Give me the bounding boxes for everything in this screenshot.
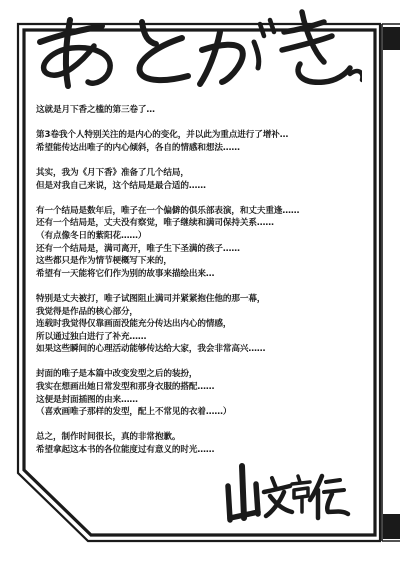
text-line: 希望拿起这本书的各位能度过有意义的时光…… (36, 444, 366, 457)
author-signature: 山文京伝 (222, 462, 352, 524)
paragraph-6: 封面的唯子是本篇中改变发型之后的装扮， 我实在想画出她日常发型和那身衣服的搭配…… (36, 368, 366, 418)
text-line: 封面的唯子是本篇中改变发型之后的装扮， (36, 368, 366, 381)
paragraph-1: 这就是月下香之槛的第三卷了… (36, 104, 366, 117)
text-line: 第3卷我个人特别关注的是内心的变化，并以此为重点进行了增补… (36, 129, 366, 142)
text-line: 希望能传达出唯子的内心倾斜，各自的情感和想法…… (36, 142, 366, 155)
text-line: 这些都只是作为情节梗概写下来的， (36, 255, 366, 268)
text-line: 但是对我自己来说，这个结局是最合适的…… (36, 180, 366, 193)
text-line: 所以通过独白进行了补充…… (36, 331, 366, 344)
paragraph-5: 特别是丈夫被打，唯子试图阻止满司并紧紧抱住他的那一幕， 我觉得是作品的核心部分，… (36, 293, 366, 356)
text-line: 这就是月下香之槛的第三卷了… (36, 104, 366, 117)
afterword-text: 这就是月下香之槛的第三卷了… 第3卷我个人特别关注的是内心的变化，并以此为重点进… (36, 104, 366, 469)
text-line: （喜欢画唯子那样的发型，配上不常见的衣着……） (36, 406, 366, 419)
text-line: 连载时我觉得仅靠画面没能充分传达出内心的情感， (36, 318, 366, 331)
text-line: 有一个结局是数年后，唯子在一个偏僻的俱乐部表演，和丈夫重逢…… (36, 205, 366, 218)
text-line: 还有一个结局是，丈夫没有察觉，唯子继续和满司保持关系…… (36, 217, 366, 230)
page-heading-handwritten: あとがきっ (32, 2, 362, 94)
paragraph-2: 第3卷我个人特别关注的是内心的变化，并以此为重点进行了增补… 希望能传达出唯子的… (36, 129, 366, 154)
text-line: 希望有一天能将它们作为别的故事来描绘出来… (36, 268, 366, 281)
text-line: 我实在想画出她日常发型和那身衣服的搭配…… (36, 381, 366, 394)
paragraph-3: 其实，我为《月下香》准备了几个结局， 但是对我自己来说，这个结局是最合适的…… (36, 167, 366, 192)
text-line: 这便是封面插图的由来…… (36, 394, 366, 407)
text-line: 其实，我为《月下香》准备了几个结局， (36, 167, 366, 180)
text-line: 总之，制作时间很长，真的非常抱歉。 (36, 431, 366, 444)
text-line: 还有一个结局是，满司离开，唯子生下圣满的孩子…… (36, 243, 366, 256)
text-line: 我觉得是作品的核心部分， (36, 306, 366, 319)
paragraph-4: 有一个结局是数年后，唯子在一个偏僻的俱乐部表演，和丈夫重逢…… 还有一个结局是，… (36, 205, 366, 281)
paragraph-7: 总之，制作时间很长，真的非常抱歉。 希望拿起这本书的各位能度过有意义的时光…… (36, 431, 366, 456)
text-line: 如果这些瞬间的心理活动能够传达给大家，我会非常高兴…… (36, 343, 366, 356)
text-line: （有点像冬日的紫阳花……） (36, 230, 366, 243)
text-line: 特别是丈夫被打，唯子试图阻止满司并紧紧抱住他的那一幕， (36, 293, 366, 306)
